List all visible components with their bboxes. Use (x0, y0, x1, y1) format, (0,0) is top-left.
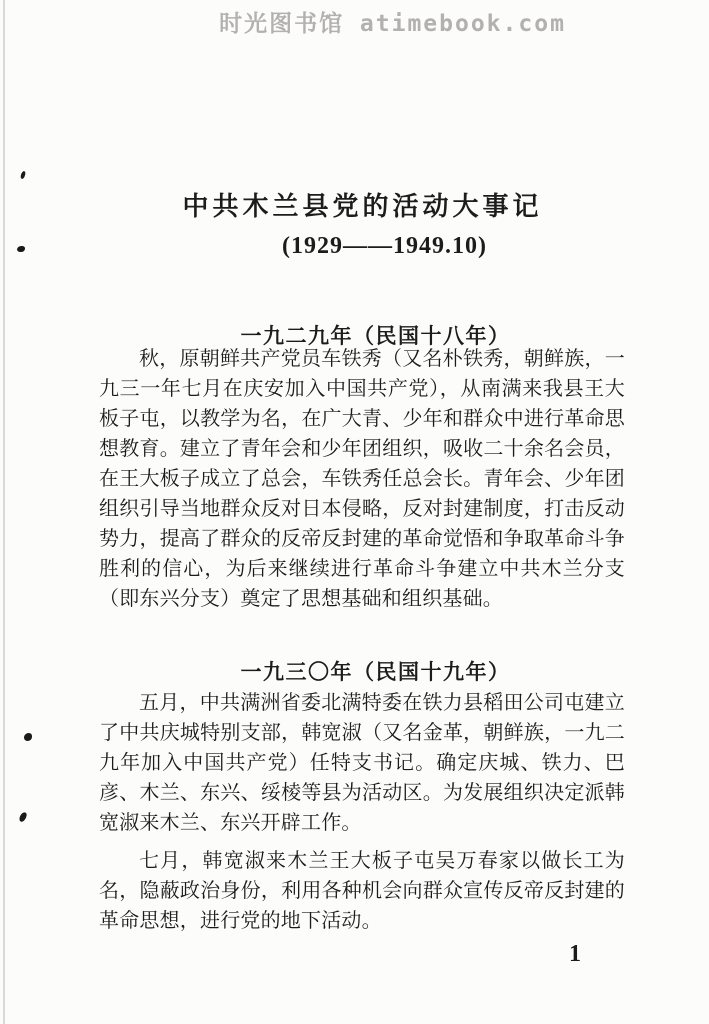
page-number: 1 (560, 941, 590, 968)
paragraph-1930-may: 五月，中共满洲省委北满特委在铁力县稻田公司屯建立了中共庆城特别支部，韩宽淑（又名… (99, 688, 625, 838)
scanned-book-page: 时光图书馆 atimebook.com 中共木兰县党的活动大事记 (1929——… (0, 0, 709, 1024)
paragraph-1930-july: 七月，韩宽淑来木兰王大板子屯吴万春家以做长工为名，隐蔽政治身份，利用各种机会向群… (99, 846, 625, 936)
ink-speck (20, 171, 26, 180)
paragraph-1929-autumn: 秋，原朝鲜共产党员车铁秀（又名朴铁秀，朝鲜族，一九三一年七月在庆安加入中国共产党… (99, 344, 625, 614)
section-heading-1930: 一九三〇年（民国十九年） (0, 656, 709, 686)
scan-edge-line (3, 0, 5, 1024)
title-year-range: (1929——1949.10) (0, 233, 709, 260)
page-title: 中共木兰县党的活动大事记 (0, 186, 709, 223)
ink-speck (24, 733, 32, 741)
ink-speck (18, 811, 27, 823)
watermark-text: 时光图书馆 atimebook.com (0, 5, 709, 38)
